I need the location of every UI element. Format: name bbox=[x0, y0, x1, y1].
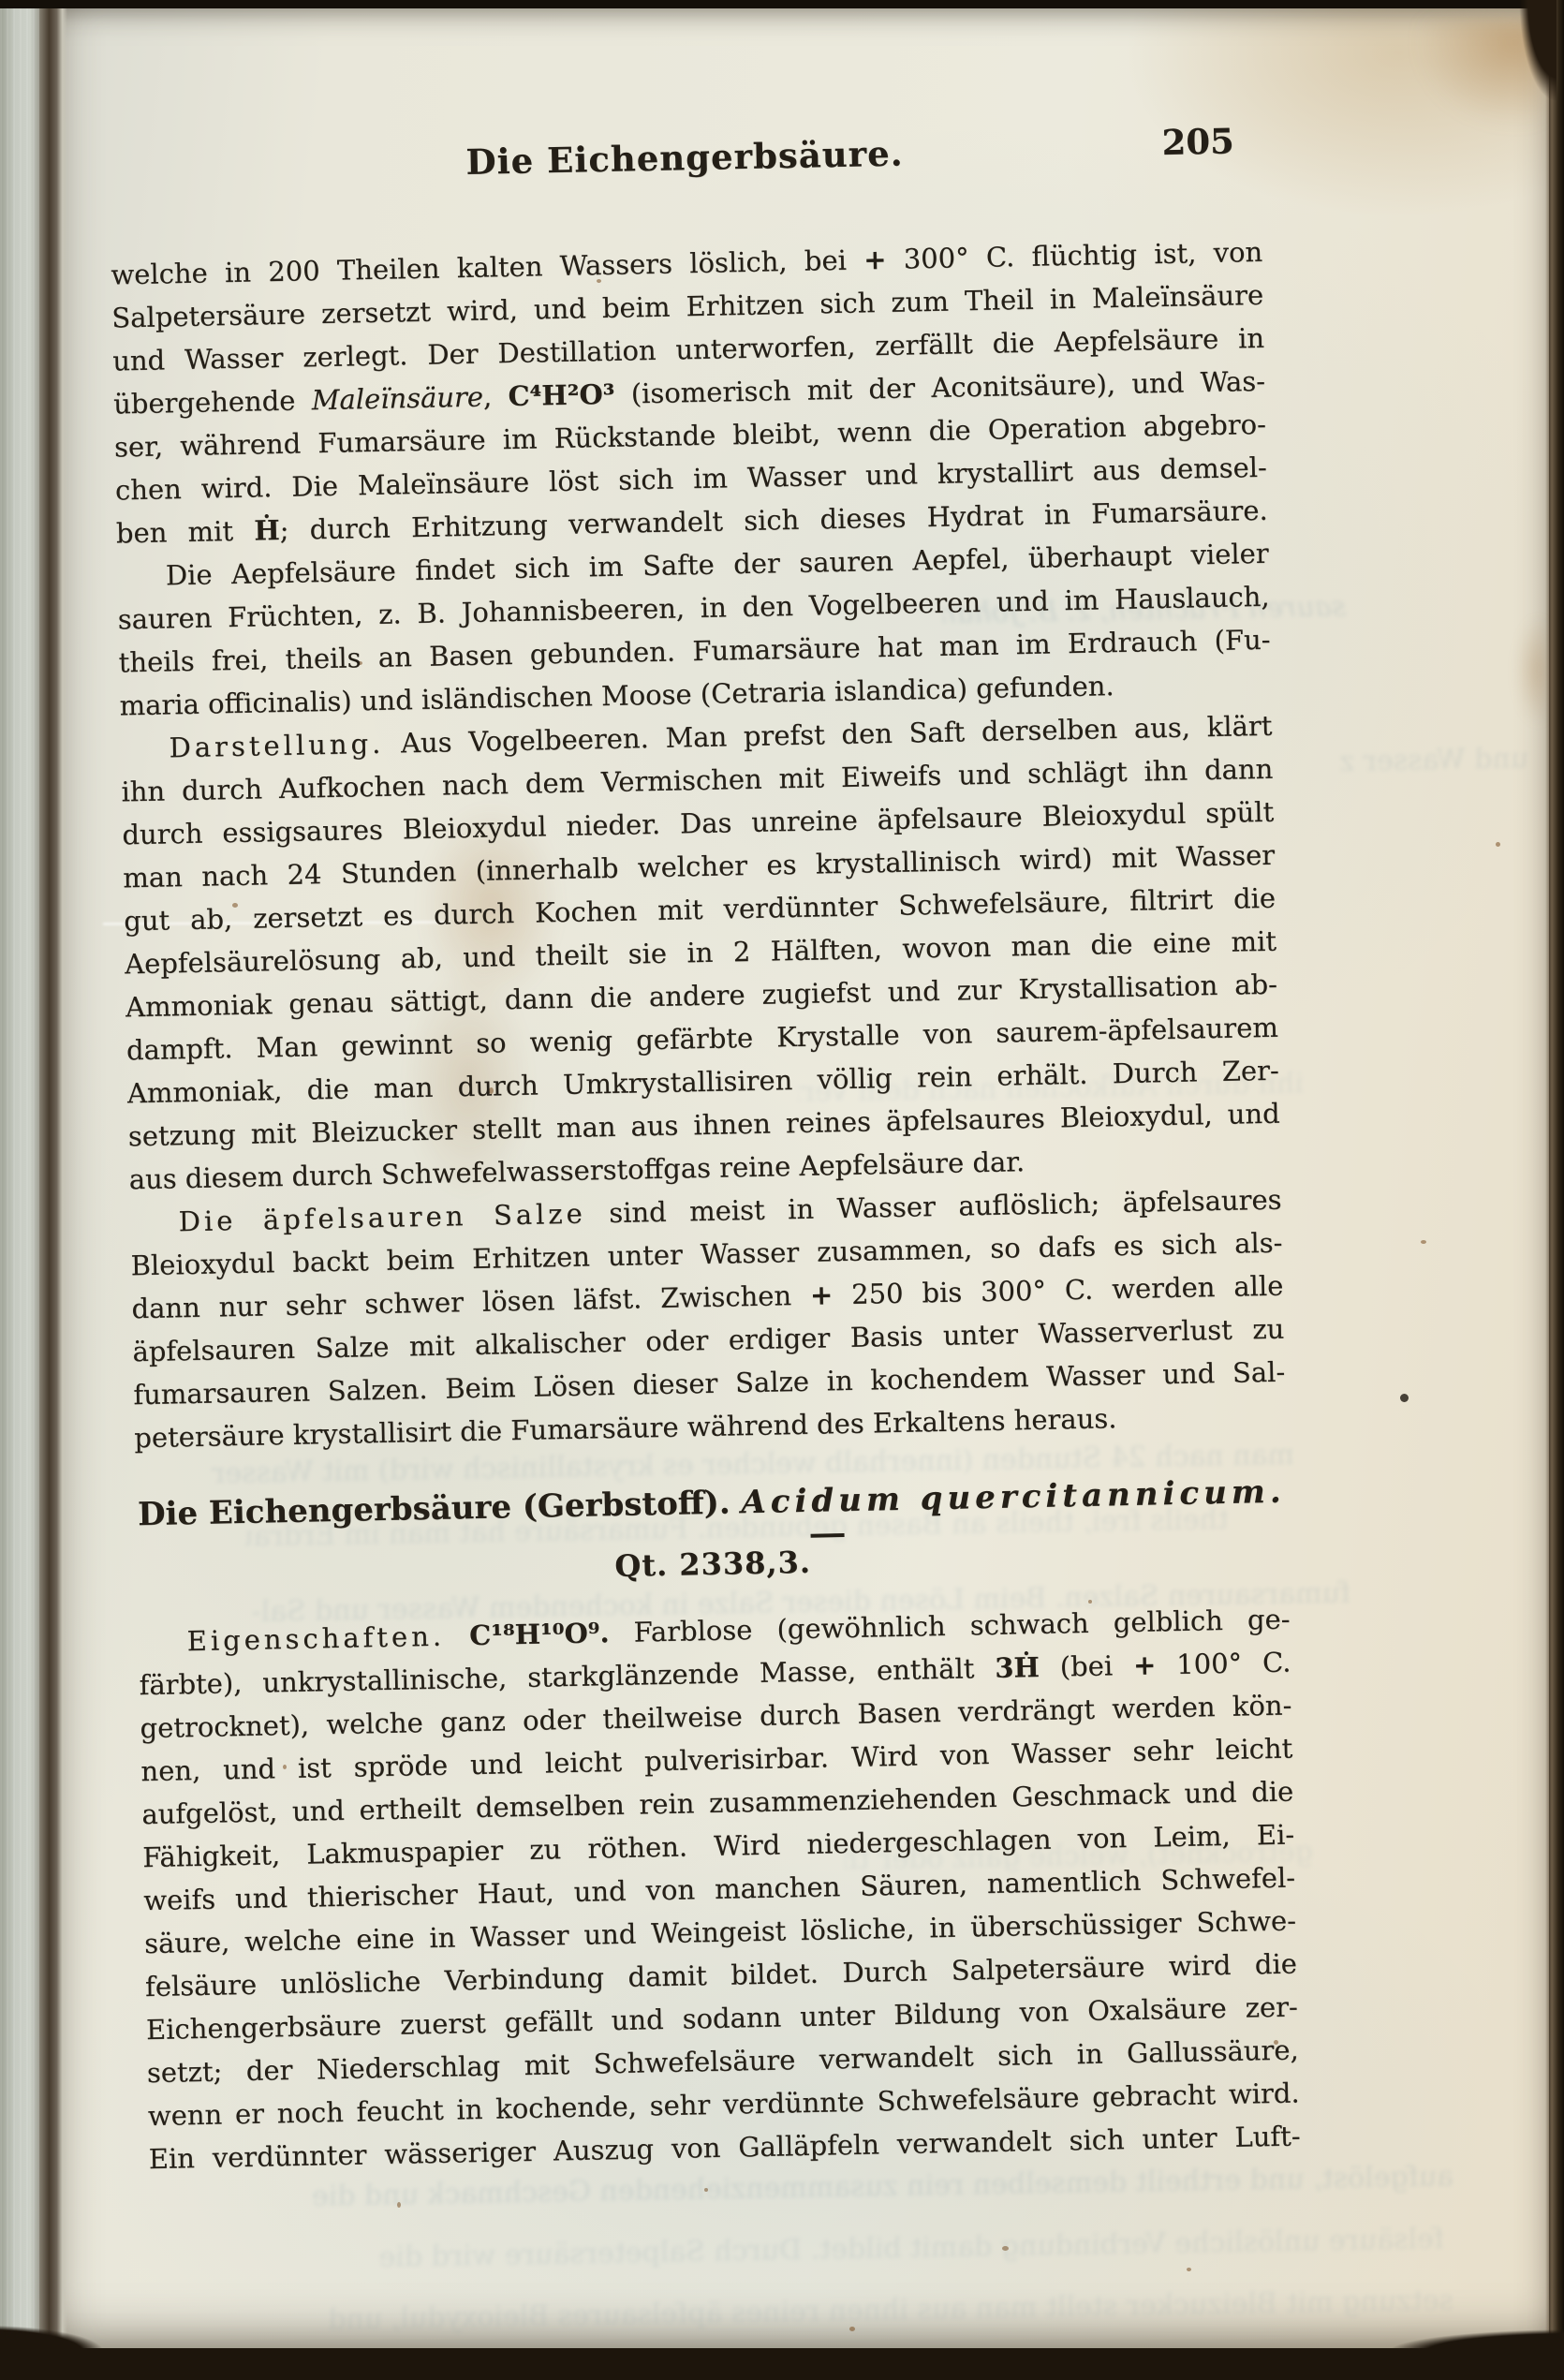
ink-dot bbox=[1400, 1394, 1409, 1402]
page-number: 205 bbox=[1161, 120, 1234, 163]
paper-speck bbox=[849, 2327, 855, 2331]
section-heading: Die Eichengerbsäure (Gerbstoff). Acidum … bbox=[136, 1471, 1289, 1537]
gutter-crease bbox=[39, 0, 67, 2358]
bleedthrough-text: setzung mit Bleizucker stellt man aus ih… bbox=[217, 2284, 1453, 2338]
printed-content: Die Eichengerbsäure. 205 welche in 200 T… bbox=[109, 126, 1301, 2180]
heading-separator-dash bbox=[811, 1533, 845, 1538]
paper-speck bbox=[704, 2188, 708, 2192]
book-page: man nach 24 Stunden (innerhalb welcher e… bbox=[49, 6, 1549, 2352]
book-scan: man nach 24 Stunden (innerhalb welcher e… bbox=[0, 0, 1564, 2380]
scan-right-corner-shadow bbox=[1513, 0, 1557, 140]
equivalent-weight: Qt. 2338,3. bbox=[137, 1532, 1290, 1597]
edge-stain bbox=[1500, 605, 1547, 736]
paper-speck bbox=[1421, 1240, 1426, 1244]
paper-speck bbox=[1187, 2268, 1191, 2271]
running-head: Die Eichengerbsäure. 205 bbox=[109, 126, 1262, 196]
bleedthrough-text: felsäure unlösliche Verbindung damit bil… bbox=[245, 2223, 1444, 2276]
paper-speck bbox=[1002, 2246, 1009, 2251]
bleedthrough-text: und Wasser zerlegt. Der Destillation unt… bbox=[1341, 742, 1529, 777]
paper-speck bbox=[397, 2202, 401, 2208]
left-page-edge bbox=[0, 5, 43, 2354]
body-text-lower: Eigenschaften. C¹⁸H¹⁰O⁹. Farblose (gewöh… bbox=[138, 1598, 1301, 2181]
paper-speck bbox=[1496, 842, 1500, 847]
scan-bottom-edge bbox=[0, 2348, 1564, 2380]
body-text-upper: welche in 200 Theilen kalten Wassers lös… bbox=[111, 230, 1287, 1459]
scan-right-edge bbox=[1545, 0, 1564, 2380]
scan-top-edge bbox=[0, 0, 1564, 8]
page-title: Die Eichengerbsäure. bbox=[109, 126, 1262, 190]
